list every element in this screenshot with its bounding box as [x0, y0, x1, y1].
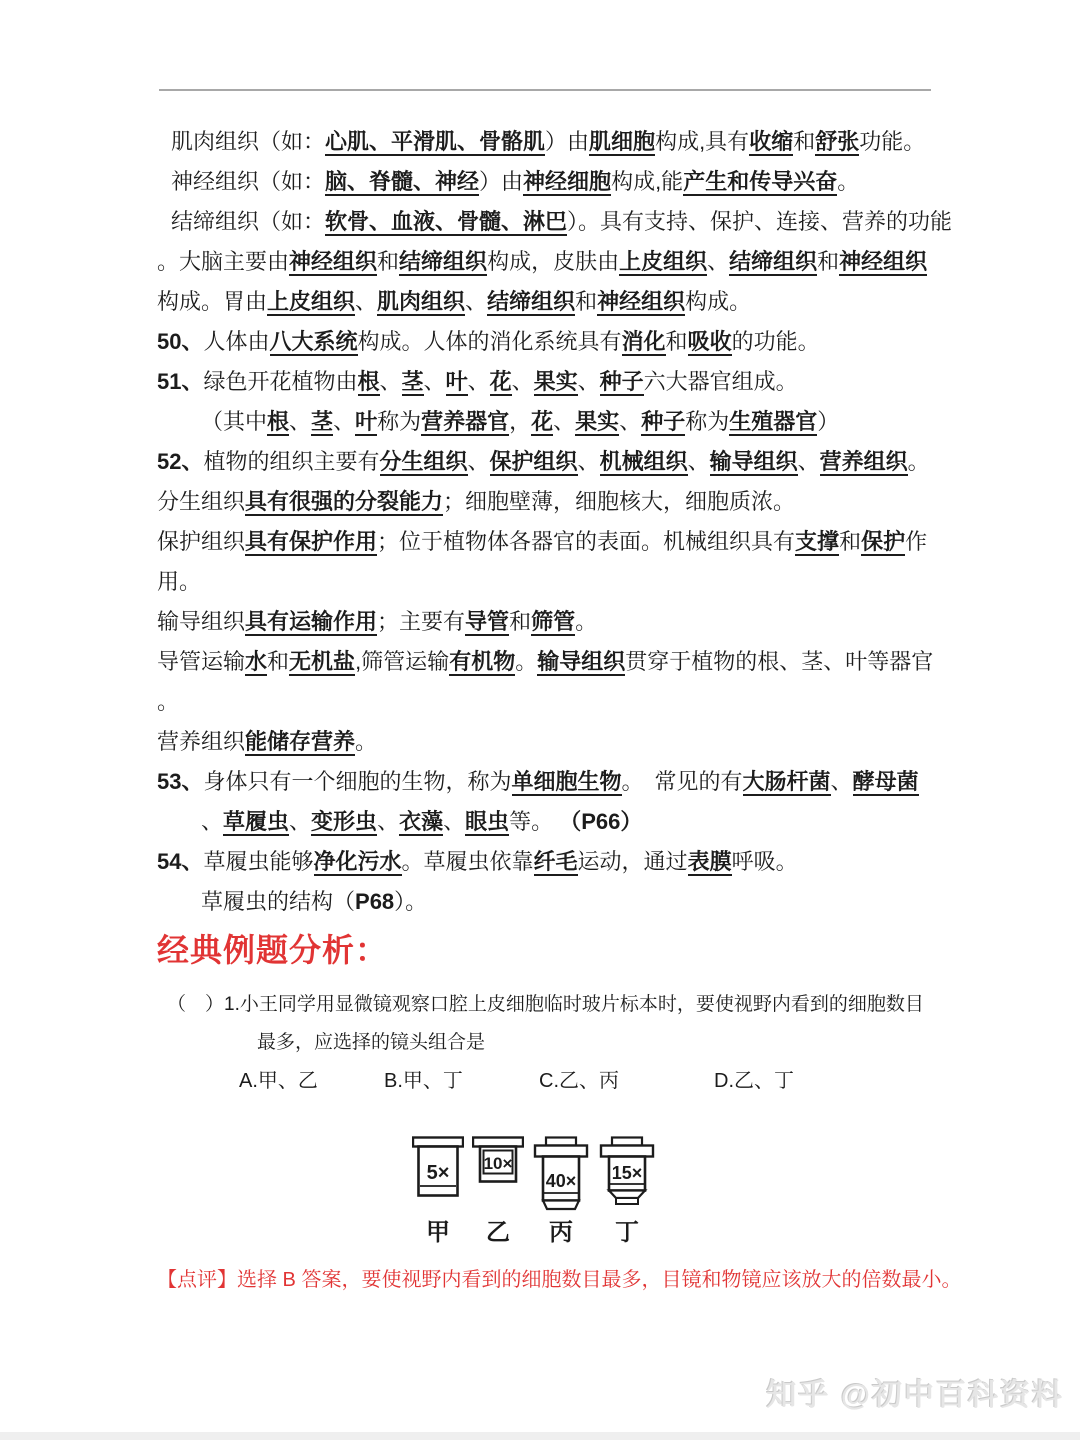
lens-name-label: 甲 — [426, 1218, 450, 1248]
text-run: ）由 — [479, 169, 523, 194]
text-run: 作 — [905, 529, 927, 554]
key-term: 消化 — [622, 329, 666, 356]
question-block: （ ）1.小王同学用显微镜观察口腔上皮细胞临时玻片标本时，要使视野内看到的细胞数… — [157, 986, 929, 1062]
text-run: 呼吸。 — [732, 849, 798, 874]
paragraph: 。大脑主要由神经组织和结缔组织构成，皮肤由上皮组织、结缔组织和神经组织 — [157, 242, 929, 282]
paragraph: 草履虫的结构（P68）。 — [157, 882, 929, 922]
key-term: 表膜 — [688, 849, 732, 876]
key-term: 酵母菌 — [853, 769, 919, 796]
text-run: 称为 — [377, 409, 421, 434]
text-run: 、 — [831, 769, 853, 794]
key-term: 产生和传导兴奋 — [683, 169, 837, 196]
text-run: 输导组织 — [157, 609, 245, 634]
page-content: 肌肉组织（如：心肌、平滑肌、骨骼肌）由肌细胞构成,具有收缩和舒张功能。神经组织（… — [157, 122, 929, 1296]
key-term: 具有很强的分裂能力 — [245, 489, 443, 516]
key-term: 分生组织 — [380, 449, 468, 476]
key-term: 心肌、平滑肌、骨骼肌 — [325, 129, 545, 156]
text-run: 草履虫的结构（ — [201, 889, 355, 914]
text-run: 构成。胃由 — [157, 289, 267, 314]
key-term: 能储存营养 — [245, 729, 355, 756]
key-term: 单细胞生物 — [512, 769, 622, 796]
paragraph: 。 — [157, 682, 929, 722]
paragraph: 52、植物的组织主要有分生组织、保护组织、机械组织、输导组织、营养组织。 — [157, 442, 929, 482]
key-term: 保护组织 — [490, 449, 578, 476]
lens-figure: 5× 甲 10× 乙 — [410, 1136, 658, 1248]
paragraph: （其中根、茎、叶称为营养器官，花、果实、种子称为生殖器官） — [157, 402, 929, 442]
text-run: ；位于植物体各器官的表面。机械组织具有 — [377, 529, 795, 554]
text-run: 。 — [157, 689, 179, 714]
paragraph: 51、绿色开花植物由根、茎、叶、花、果实、种子六大器官组成。 — [157, 362, 929, 402]
text-run: 分生组织 — [157, 489, 245, 514]
lens-mag-label: 40× — [546, 1171, 577, 1191]
text-run: 、 — [578, 369, 600, 394]
key-term: 水 — [245, 649, 267, 676]
text-run: 神经组织（如： — [171, 169, 325, 194]
options-row: A.甲、乙B.甲、丁C.乙、丙D.乙、丁 — [157, 1062, 929, 1100]
text-run: 构成,能 — [611, 169, 683, 194]
paragraph: 神经组织（如：脑、脊髓、神经）由神经细胞构成,能产生和传导兴奋。 — [157, 162, 929, 202]
lens-mag-label: 10× — [484, 1154, 513, 1173]
text-run: 。草履虫依靠 — [402, 849, 534, 874]
key-term: 叶 — [355, 409, 377, 436]
lens-column-jia: 5× 甲 — [410, 1136, 466, 1248]
key-term: 神经组织 — [597, 289, 685, 316]
text-run: 、 — [688, 449, 710, 474]
paragraph: 53、身体只有一个细胞的生物，称为单细胞生物。 常见的有大肠杆菌、酵母菌 — [157, 762, 929, 802]
text-run: 称为 — [685, 409, 729, 434]
text-run: ） — [817, 409, 839, 434]
text-run: 。 — [575, 609, 597, 634]
text-run: ；细胞壁薄，细胞核大，细胞质浓。 — [443, 489, 795, 514]
key-term: 输导组织 — [537, 649, 625, 676]
text-run: 运动，通过 — [578, 849, 688, 874]
paragraph: 结缔组织（如：软骨、血液、骨髓、淋巴）。具有支持、保护、连接、营养的功能 — [157, 202, 929, 242]
text-run: 、 — [201, 809, 223, 834]
text-run: P68 — [355, 889, 394, 914]
text-run: 、 — [355, 289, 377, 314]
text-run: 50、 — [157, 329, 203, 354]
paragraph: 分生组织具有很强的分裂能力；细胞壁薄，细胞核大，细胞质浓。 — [157, 482, 929, 522]
key-term: 种子 — [600, 369, 644, 396]
text-run: 。大脑主要由 — [157, 249, 289, 274]
text-run: 、 — [377, 809, 399, 834]
key-term: 果实 — [575, 409, 619, 436]
text-run: 、 — [333, 409, 355, 434]
key-term: 吸收 — [688, 329, 732, 356]
key-term: 大肠杆菌 — [743, 769, 831, 796]
eyepiece-short-icon: 10× — [472, 1136, 524, 1218]
key-term: 花 — [490, 369, 512, 396]
key-term: 具有运输作用 — [245, 609, 377, 636]
question-line-2: 最多，应选择的镜头组合是 — [157, 1024, 929, 1062]
question-line-1: （ ）1.小王同学用显微镜观察口腔上皮细胞临时玻片标本时，要使视野内看到的细胞数… — [157, 986, 929, 1024]
document-page: { "colors": { "accent_red": "#e13434", "… — [0, 0, 1080, 1440]
key-term: 根 — [358, 369, 380, 396]
lens-name-label: 丙 — [549, 1218, 573, 1248]
key-term: 神经组织 — [289, 249, 377, 276]
text-run: 身体只有一个细胞的生物，称为 — [203, 769, 511, 794]
option: A.甲、乙 — [239, 1062, 384, 1100]
text-run: 构成,具有 — [655, 129, 749, 154]
text-run: 、 — [512, 369, 534, 394]
objective-long-icon: 40× — [532, 1136, 590, 1218]
text-run: 结缔组织（如： — [171, 209, 325, 234]
lens-mag-label: 15× — [612, 1163, 643, 1183]
text-run: 六大器官组成。 — [644, 369, 798, 394]
text-run: 。 常见的有 — [622, 769, 743, 794]
text-run: 52、 — [157, 449, 203, 474]
key-term: 生殖器官 — [729, 409, 817, 436]
text-run: 和 — [575, 289, 597, 314]
footer-strip — [0, 1432, 1080, 1440]
key-term: 八大系统 — [270, 329, 358, 356]
option: D.乙、丁 — [714, 1062, 794, 1100]
key-term: 上皮组织 — [267, 289, 355, 316]
key-term: 净化污水 — [314, 849, 402, 876]
paragraph: 用。 — [157, 562, 929, 602]
text-run: 营养组织 — [157, 729, 245, 754]
text-run: 构成。 — [685, 289, 751, 314]
text-run: 、 — [424, 369, 446, 394]
text-run: 、 — [380, 369, 402, 394]
answer-comment: 【点评】选择 B 答案，要使视野内看到的细胞数目最多，目镜和物镜应该放大的倍数最… — [157, 1264, 929, 1296]
key-term: 种子 — [641, 409, 685, 436]
text-run: 贯穿于植物的根、茎、叶等器官 — [625, 649, 933, 674]
key-term: 导管 — [465, 609, 509, 636]
key-term: 肌细胞 — [589, 129, 655, 156]
key-term: 结缔组织 — [399, 249, 487, 276]
key-term: 舒张 — [815, 129, 859, 156]
key-term: 神经细胞 — [523, 169, 611, 196]
key-term: 脑、脊髓、神经 — [325, 169, 479, 196]
key-term: 纤毛 — [534, 849, 578, 876]
text-run: 和 — [839, 529, 861, 554]
objective-short-icon: 15× — [598, 1136, 656, 1218]
text-run: 。 — [515, 649, 537, 674]
text-run: 、 — [468, 369, 490, 394]
text-run: 、 — [619, 409, 641, 434]
paragraph: 、草履虫、变形虫、衣藻、眼虫等。 （P66） — [157, 802, 929, 842]
key-term: 果实 — [534, 369, 578, 396]
lens-mag-label: 5× — [427, 1162, 450, 1184]
top-divider — [159, 89, 931, 91]
text-run: ）。具有支持、保护、连接、营养的功能 — [567, 209, 952, 234]
text-run: 、 — [553, 409, 575, 434]
text-run: 和 — [817, 249, 839, 274]
text-run: 草履虫能够 — [203, 849, 313, 874]
text-run: 肌肉组织（如： — [171, 129, 325, 154]
key-term: 变形虫 — [311, 809, 377, 836]
key-term: 营养器官 — [421, 409, 509, 436]
key-term: 收缩 — [749, 129, 793, 156]
key-term: 根 — [267, 409, 289, 436]
key-term: 筛管 — [531, 609, 575, 636]
option: B.甲、丁 — [384, 1062, 539, 1100]
lens-column-bing: 40× 丙 — [530, 1136, 592, 1248]
text-run: 构成，皮肤由 — [487, 249, 619, 274]
text-run: 。 — [355, 729, 377, 754]
key-term: 具有保护作用 — [245, 529, 377, 556]
key-term: 叶 — [446, 369, 468, 396]
paragraph: 50、人体由八大系统构成。人体的消化系统具有消化和吸收的功能。 — [157, 322, 929, 362]
paragraph: 肌肉组织（如：心肌、平滑肌、骨骼肌）由肌细胞构成,具有收缩和舒张功能。 — [157, 122, 929, 162]
option: C.乙、丙 — [539, 1062, 714, 1100]
lens-name-label: 乙 — [486, 1218, 510, 1248]
key-term: 茎 — [311, 409, 333, 436]
key-term: 结缔组织 — [487, 289, 575, 316]
watermark: 知乎 @初中百科资料 — [766, 1370, 1064, 1414]
notes-section: 肌肉组织（如：心肌、平滑肌、骨骼肌）由肌细胞构成,具有收缩和舒张功能。神经组织（… — [157, 122, 929, 922]
text-run: 和 — [666, 329, 688, 354]
paragraph: 营养组织能储存营养。 — [157, 722, 929, 762]
key-term: 肌肉组织 — [377, 289, 465, 316]
paragraph: 保护组织具有保护作用；位于植物体各器官的表面。机械组织具有支撑和保护作 — [157, 522, 929, 562]
text-run: 绿色开花植物由 — [203, 369, 357, 394]
text-run: 53、 — [157, 769, 203, 794]
eyepiece-long-icon: 5× — [412, 1136, 464, 1218]
text-run: 和 — [377, 249, 399, 274]
key-term: 衣藻 — [399, 809, 443, 836]
text-run: 用。 — [157, 569, 201, 594]
text-run: 功能。 — [859, 129, 925, 154]
key-term: 有机物 — [449, 649, 515, 676]
text-run: 人体由 — [203, 329, 269, 354]
text-run: 、 — [289, 409, 311, 434]
lens-name-label: 丁 — [615, 1218, 639, 1248]
key-term: 草履虫 — [223, 809, 289, 836]
text-run: 等。 — [509, 809, 559, 834]
key-term: 软骨、血液、骨髓、淋巴 — [325, 209, 567, 236]
key-term: 无机盐 — [289, 649, 355, 676]
text-run: （P66） — [559, 809, 642, 834]
paragraph: 构成。胃由上皮组织、肌肉组织、结缔组织和神经组织构成。 — [157, 282, 929, 322]
key-term: 机械组织 — [600, 449, 688, 476]
text-run: 、 — [578, 449, 600, 474]
key-term: 输导组织 — [710, 449, 798, 476]
paragraph: 导管运输水和无机盐,筛管运输有机物。输导组织贯穿于植物的根、茎、叶等器官 — [157, 642, 929, 682]
paragraph: 54、草履虫能够净化污水。草履虫依靠纤毛运动，通过表膜呼吸。 — [157, 842, 929, 882]
text-run: 54、 — [157, 849, 203, 874]
text-run: 、 — [289, 809, 311, 834]
text-run: ， — [509, 409, 531, 434]
section-heading: 经典例题分析： — [157, 928, 929, 972]
text-run: 和 — [267, 649, 289, 674]
text-run: 构成。人体的消化系统具有 — [358, 329, 622, 354]
key-term: 茎 — [402, 369, 424, 396]
text-run: 51、 — [157, 369, 203, 394]
text-run: 、 — [707, 249, 729, 274]
text-run: 、 — [465, 289, 487, 314]
lens-column-yi: 10× 乙 — [470, 1136, 526, 1248]
key-term: 营养组织 — [820, 449, 908, 476]
text-run: （其中 — [201, 409, 267, 434]
text-run: ,筛管运输 — [355, 649, 449, 674]
key-term: 眼虫 — [465, 809, 509, 836]
key-term: 保护 — [861, 529, 905, 556]
text-run: ）。 — [394, 889, 427, 914]
key-term: 支撑 — [795, 529, 839, 556]
key-term: 花 — [531, 409, 553, 436]
text-run: 保护组织 — [157, 529, 245, 554]
text-run: ）由 — [545, 129, 589, 154]
key-term: 神经组织 — [839, 249, 927, 276]
key-term: 结缔组织 — [729, 249, 817, 276]
key-term: 上皮组织 — [619, 249, 707, 276]
text-run: 的功能。 — [732, 329, 820, 354]
text-run: 和 — [793, 129, 815, 154]
text-run: 和 — [509, 609, 531, 634]
text-run: ；主要有 — [377, 609, 465, 634]
lens-column-ding: 15× 丁 — [596, 1136, 658, 1248]
text-run: 植物的组织主要有 — [203, 449, 379, 474]
text-run: 。 — [837, 169, 859, 194]
text-run: 、 — [468, 449, 490, 474]
text-run: 。 — [908, 449, 930, 474]
paragraph: 输导组织具有运输作用；主要有导管和筛管。 — [157, 602, 929, 642]
text-run: 、 — [443, 809, 465, 834]
text-run: 、 — [798, 449, 820, 474]
text-run: 导管运输 — [157, 649, 245, 674]
